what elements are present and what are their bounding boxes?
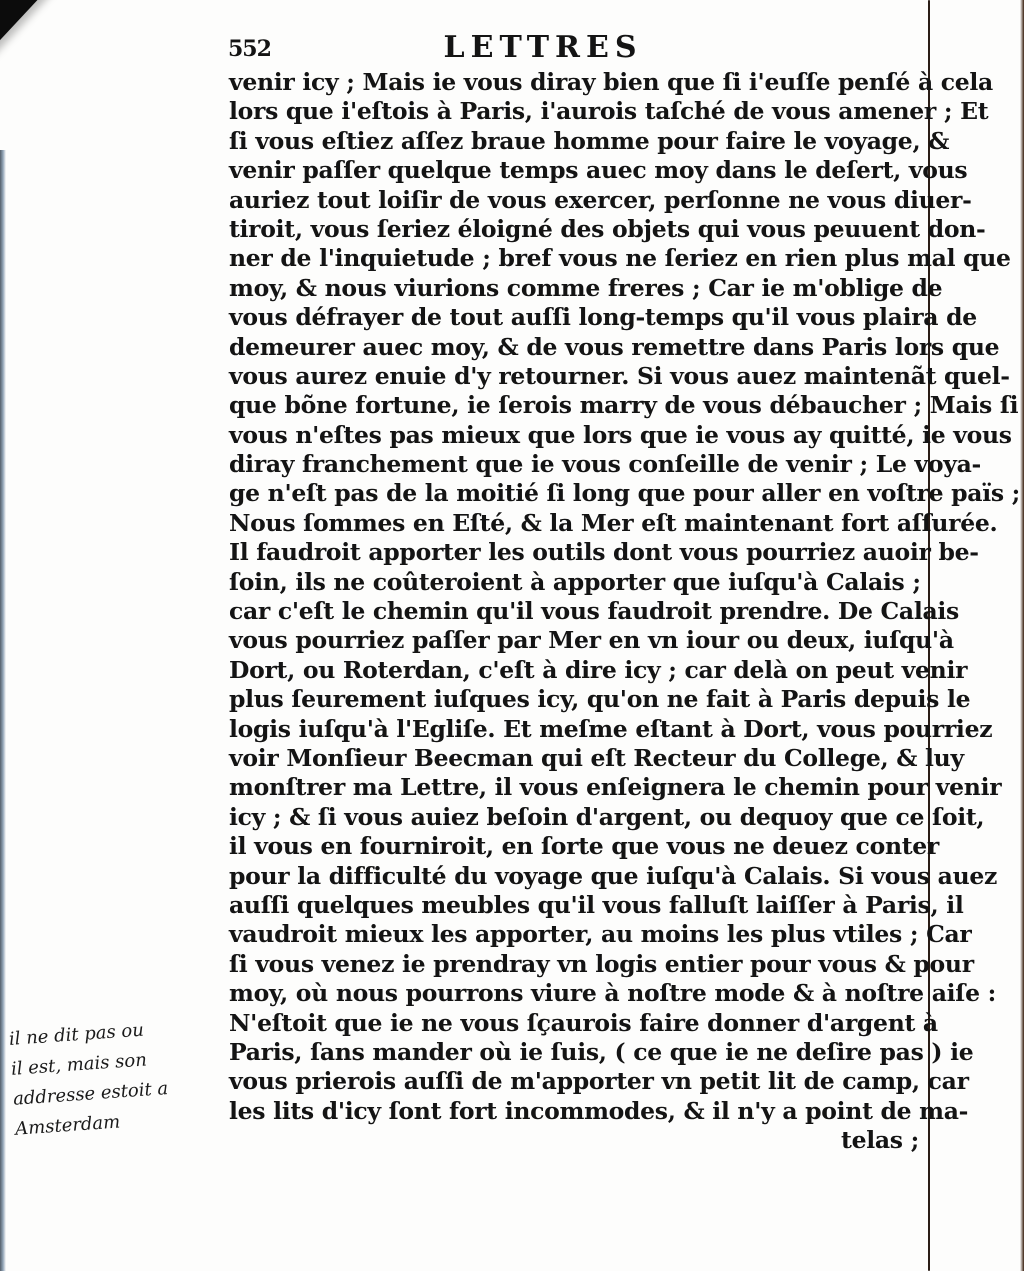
text-line: que bõne fortune, ie ſerois marry de vou…	[229, 391, 919, 420]
text-line: vous défrayer de tout auſſi long-temps q…	[229, 303, 919, 332]
text-line: Dort, ou Roterdan, c'eſt à dire icy ; ca…	[229, 656, 919, 685]
letter-body: venir icy ; Mais ie vous diray bien que …	[229, 68, 919, 1155]
text-line: ge n'eſt pas de la moitié ſi long que po…	[229, 479, 919, 508]
text-line: demeurer auec moy, & de vous remettre da…	[229, 333, 919, 362]
text-line: N'eſtoit que ie ne vous ſçaurois faire d…	[229, 1009, 919, 1038]
text-line: plus ſeurement iuſques icy, qu'on ne fai…	[229, 685, 919, 714]
text-line: vous n'eſtes pas mieux que lors que ie v…	[229, 421, 919, 450]
page-number: 552	[228, 36, 271, 62]
text-line: pour la difficulté du voyage que iuſqu'à…	[229, 862, 919, 891]
text-line: ſi vous venez ie prendray vn logis entie…	[229, 950, 919, 979]
binding-gutter-shadow	[0, 150, 6, 1271]
text-line: vous pourriez paſſer par Mer en vn iour …	[229, 626, 919, 655]
catchword-line: telas ;	[229, 1126, 919, 1155]
text-line: auſſi quelques meubles qu'il vous falluſ…	[229, 891, 919, 920]
scanned-book-page: 552 LETTRES venir icy ; Mais ie vous dir…	[0, 0, 1024, 1271]
text-line: moy, & nous viurions comme freres ; Car …	[229, 274, 919, 303]
text-line: les lits d'icy ſont fort incommodes, & i…	[229, 1097, 919, 1126]
text-line: voir Monſieur Beecman qui eſt Recteur du…	[229, 744, 919, 773]
text-line: auriez tout loiſir de vous exercer, perſ…	[229, 186, 919, 215]
text-line: car c'eſt le chemin qu'il vous faudroit …	[229, 597, 919, 626]
text-line: tiroit, vous ſeriez éloigné des objets q…	[229, 215, 919, 244]
text-line: monſtrer ma Lettre, il vous enſeignera l…	[229, 773, 919, 802]
running-title: LETTRES	[383, 30, 703, 65]
text-line: ſi vous eſtiez aſſez braue homme pour fa…	[229, 127, 919, 156]
text-line: Nous ſommes en Eſté, & la Mer eſt mainte…	[229, 509, 919, 538]
text-line: lors que i'eſtois à Paris, i'aurois taſc…	[229, 97, 919, 126]
page-header: 552 LETTRES	[228, 32, 928, 66]
text-line: Paris, ſans mander où ie ſuis, ( ce que …	[229, 1038, 919, 1067]
text-line: logis iuſqu'à l'Egliſe. Et meſme eſtant …	[229, 715, 919, 744]
text-line: venir icy ; Mais ie vous diray bien que …	[229, 68, 919, 97]
text-line: Il faudroit apporter les outils dont vou…	[229, 538, 919, 567]
text-line: diray franchement que ie vous conſeille …	[229, 450, 919, 479]
text-line: icy ; & ſi vous auiez beſoin d'argent, o…	[229, 803, 919, 832]
text-line: ner de l'inquietude ; bref vous ne ſerie…	[229, 244, 919, 273]
text-line: ſoin, ils ne coûteroient à apporter que …	[229, 568, 919, 597]
text-line: il vous en fourniroit, en ſorte que vous…	[229, 832, 919, 861]
scan-border	[1020, 0, 1024, 1271]
text-line: venir paſſer quelque temps auec moy dans…	[229, 156, 919, 185]
text-line: vaudroit mieux les apporter, au moins le…	[229, 920, 919, 949]
text-line: vous aurez enuie d'y retourner. Si vous …	[229, 362, 919, 391]
handwritten-margin-note: il ne dit pas ou il est, mais son addres…	[8, 1011, 221, 1145]
text-line: vous prierois auſſi de m'apporter vn pet…	[229, 1067, 919, 1096]
text-line: moy, où nous pourrons viure à noſtre mod…	[229, 979, 919, 1008]
corner-tape-shadow	[0, 0, 149, 70]
